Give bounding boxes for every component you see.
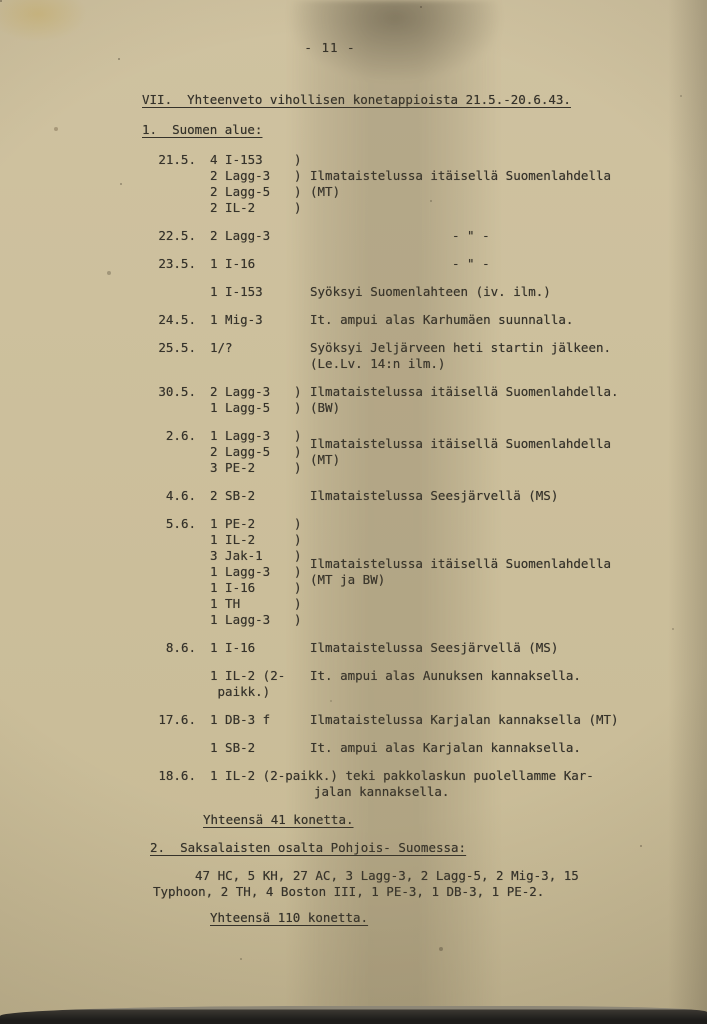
entry-note: - " - [310, 228, 490, 244]
entry-date: 30.5. [142, 384, 196, 416]
loss-table: 21.5.4 I-153)2 Lagg-3)2 Lagg-5)2 IL-2)Il… [142, 152, 687, 800]
plane-line: 1 I-153 [210, 284, 310, 300]
section-2-body: 47 HC, 5 KH, 27 AC, 3 Lagg-3, 2 Lagg-5, … [142, 868, 687, 900]
entry-note: Ilmataistelussa itäisellä Suomenlahdella… [310, 384, 619, 416]
plane-count-type: 2 Lagg-5 [210, 184, 294, 200]
plane-line: 4 I-153) [210, 152, 310, 168]
entry-planes: 1 DB-3 f [210, 712, 310, 728]
plane-count-type: 2 Lagg-3 [210, 228, 294, 244]
brace-mark: ) [294, 580, 310, 596]
plane-count-type: 1 Lagg-3 [210, 564, 294, 580]
plane-line: 2 SB-2 [210, 488, 310, 504]
section-2-total: Yhteensä 110 konetta. [210, 910, 368, 926]
entry-note-line: Ilmataistelussa itäisellä Suomenlahdella… [310, 384, 619, 400]
brace-mark: ) [294, 596, 310, 612]
plane-count-type: 1 DB-3 f [210, 712, 294, 728]
entry-note: Ilmataistelussa Karjalan kannaksella (MT… [310, 712, 619, 728]
entry-planes: 4 I-153)2 Lagg-3)2 Lagg-5)2 IL-2) [210, 152, 310, 216]
brace-mark: ) [294, 564, 310, 580]
plane-line: 1/? [210, 340, 310, 356]
entry-note: Ilmataistelussa itäisellä Suomenlahdella… [310, 168, 611, 200]
table-row: 30.5.2 Lagg-3)1 Lagg-5)Ilmataistelussa i… [142, 384, 687, 416]
entry-planes: 1/? [210, 340, 310, 372]
entry-planes: 1 I-16 [210, 640, 310, 656]
plane-line: 1 SB-2 [210, 740, 310, 756]
plane-line: 1 Lagg-3) [210, 428, 310, 444]
entry-date: 17.6. [142, 712, 196, 728]
brace-mark: ) [294, 168, 310, 184]
plane-line: paikk.) [210, 684, 310, 700]
entry-note-line: It. ampui alas Aunuksen kannaksella. [310, 668, 581, 684]
entry-date [142, 740, 196, 756]
section-2-body-line: 47 HC, 5 KH, 27 AC, 3 Lagg-3, 2 Lagg-5, … [195, 868, 687, 884]
entry-date: 8.6. [142, 640, 196, 656]
entry-note-line: Ilmataistelussa itäisellä Suomenlahdella [310, 556, 611, 572]
brace-mark: ) [294, 152, 310, 168]
entry-date [142, 668, 196, 700]
section-1-heading-text: 1. Suomen alue: [142, 122, 262, 138]
plane-line: 1 Lagg-3) [210, 564, 310, 580]
plane-line: 1 IL-2) [210, 532, 310, 548]
table-row: 22.5.2 Lagg-3- " - [142, 228, 687, 244]
document-page: - 11 - VII. Yhteenveto vihollisen koneta… [0, 0, 707, 1024]
entry-planes: 1 SB-2 [210, 740, 310, 756]
entry-date [142, 284, 196, 300]
entry-note: Syöksyi Jeljärveen heti startin jälkeen.… [310, 340, 611, 372]
entry-note: Ilmataistelussa itäisellä Suomenlahdella… [310, 436, 611, 468]
plane-line: 1 I-16 [210, 256, 310, 272]
section-2-heading-text: 2. Saksalaisten osalta Pohjois- Suomessa… [150, 840, 466, 856]
plane-count-type: 1 IL-2 [210, 532, 294, 548]
plane-count-type: 2 Lagg-5 [210, 444, 294, 460]
plane-count-type: 1 TH [210, 596, 294, 612]
brace-mark: ) [294, 184, 310, 200]
entry-date: 21.5. [142, 152, 196, 216]
plane-line: 2 Lagg-5) [210, 184, 310, 200]
plane-line: 2 Lagg-3) [210, 384, 310, 400]
entry-note-line: (BW) [310, 400, 619, 416]
plane-count-type: 1 I-16 [210, 256, 294, 272]
entry-note: Ilmataistelussa Seesjärvellä (MS) [310, 640, 558, 656]
table-row: 17.6.1 DB-3 fIlmataistelussa Karjalan ka… [142, 712, 687, 728]
brace-mark: ) [294, 612, 310, 628]
plane-line: 2 IL-2) [210, 200, 310, 216]
entry-note-line: Syöksyi Jeljärveen heti startin jälkeen. [310, 340, 611, 356]
section-2-body-line: Typhoon, 2 TH, 4 Boston III, 1 PE-3, 1 D… [153, 884, 687, 900]
plane-count-type: 1 Lagg-3 [210, 612, 294, 628]
brace-mark: ) [294, 200, 310, 216]
plane-line: 3 Jak-1) [210, 548, 310, 564]
entry-note-line: Ilmataistelussa itäisellä Suomenlahdella [310, 168, 611, 184]
brace-mark: ) [294, 444, 310, 460]
entry-note-line: (MT ja BW) [310, 572, 611, 588]
plane-count-type: paikk.) [210, 684, 294, 700]
plane-count-type: 1/? [210, 340, 294, 356]
table-row: 24.5.1 Mig-3It. ampui alas Karhumäen suu… [142, 312, 687, 328]
entry-planes: 2 Lagg-3 [210, 228, 310, 244]
table-row: 1 I-153Syöksyi Suomenlahteen (iv. ilm.) [142, 284, 687, 300]
section-1-total: Yhteensä 41 konetta. [203, 812, 354, 828]
plane-count-type: 1 I-153 [210, 284, 294, 300]
entry-planes: 2 Lagg-3)1 Lagg-5) [210, 384, 310, 416]
table-row: 1 IL-2 (2- paikk.)It. ampui alas Aunukse… [142, 668, 687, 700]
plane-count-type: 2 Lagg-3 [210, 168, 294, 184]
plane-line: 1 I-16) [210, 580, 310, 596]
entry-note: It. ampui alas Karhumäen suunnalla. [310, 312, 573, 328]
plane-count-type: 2 Lagg-3 [210, 384, 294, 400]
entry-note-line: - " - [452, 256, 490, 272]
entry-note: Syöksyi Suomenlahteen (iv. ilm.) [310, 284, 551, 300]
entry-note-line: Ilmataistelussa Seesjärvellä (MS) [310, 488, 558, 504]
section-vii-heading: VII. Yhteenveto vihollisen konetappioist… [142, 92, 687, 108]
plane-count-type: 4 I-153 [210, 152, 294, 168]
plane-line: 1 IL-2 (2- [210, 668, 310, 684]
plane-line: 3 PE-2) [210, 460, 310, 476]
table-row: 5.6.1 PE-2)1 IL-2)3 Jak-1)1 Lagg-3)1 I-1… [142, 516, 687, 628]
entry-date: 25.5. [142, 340, 196, 372]
entry-text: 1 IL-2 (2-paikk.) teki pakkolaskun puole… [210, 768, 594, 800]
entry-note: It. ampui alas Aunuksen kannaksella. [310, 668, 581, 700]
entry-note-line: It. ampui alas Karhumäen suunnalla. [310, 312, 573, 328]
entry-note-line: - " - [452, 228, 490, 244]
plane-line: 1 I-16 [210, 640, 310, 656]
brace-mark: ) [294, 516, 310, 532]
plane-count-type: 1 PE-2 [210, 516, 294, 532]
plane-line: 2 Lagg-3 [210, 228, 310, 244]
entry-date: 18.6. [142, 768, 196, 800]
table-row: 23.5.1 I-16- " - [142, 256, 687, 272]
entry-note-line: Ilmataistelussa Karjalan kannaksella (MT… [310, 712, 619, 728]
brace-mark: ) [294, 532, 310, 548]
plane-line: 1 TH) [210, 596, 310, 612]
entry-date: 4.6. [142, 488, 196, 504]
document-photo: - 11 - VII. Yhteenveto vihollisen koneta… [0, 0, 707, 1024]
entry-note-line: (MT) [310, 184, 611, 200]
page-number: - 11 - [300, 40, 360, 56]
plane-line: 1 PE-2) [210, 516, 310, 532]
brace-mark: ) [294, 400, 310, 416]
plane-count-type: 1 I-16 [210, 640, 294, 656]
plane-line: 2 Lagg-3) [210, 168, 310, 184]
entry-planes: 1 PE-2)1 IL-2)3 Jak-1)1 Lagg-3)1 I-16)1 … [210, 516, 310, 628]
entry-note: - " - [310, 256, 490, 272]
entry-date: 24.5. [142, 312, 196, 328]
entry-note-line: Syöksyi Suomenlahteen (iv. ilm.) [310, 284, 551, 300]
entry-note-line: Ilmataistelussa Seesjärvellä (MS) [310, 640, 558, 656]
section-vii-heading-text: VII. Yhteenveto vihollisen konetappioist… [142, 92, 571, 108]
table-row: 4.6.2 SB-2Ilmataistelussa Seesjärvellä (… [142, 488, 687, 504]
brace-mark: ) [294, 460, 310, 476]
table-row: 8.6.1 I-16Ilmataistelussa Seesjärvellä (… [142, 640, 687, 656]
plane-line: 1 DB-3 f [210, 712, 310, 728]
entry-date: 5.6. [142, 516, 196, 628]
entry-note: It. ampui alas Karjalan kannaksella. [310, 740, 581, 756]
plane-count-type: 1 I-16 [210, 580, 294, 596]
entry-text-line: 1 IL-2 (2-paikk.) teki pakkolaskun puole… [210, 768, 594, 784]
entry-planes: 1 Lagg-3)2 Lagg-5)3 PE-2) [210, 428, 310, 476]
table-row: 21.5.4 I-153)2 Lagg-3)2 Lagg-5)2 IL-2)Il… [142, 152, 687, 216]
plane-line: 2 Lagg-5) [210, 444, 310, 460]
plane-line: 1 Mig-3 [210, 312, 310, 328]
entry-note: Ilmataistelussa itäisellä Suomenlahdella… [310, 556, 611, 588]
table-row: 18.6.1 IL-2 (2-paikk.) teki pakkolaskun … [142, 768, 687, 800]
entry-text-line: jalan kannaksella. [314, 784, 594, 800]
entry-note-line: (MT) [310, 452, 611, 468]
entry-planes: 1 I-16 [210, 256, 310, 272]
plane-count-type: 2 SB-2 [210, 488, 294, 504]
entry-planes: 2 SB-2 [210, 488, 310, 504]
plane-count-type: 1 Lagg-3 [210, 428, 294, 444]
entry-planes: 1 Mig-3 [210, 312, 310, 328]
brace-mark: ) [294, 428, 310, 444]
plane-count-type: 1 IL-2 (2- [210, 668, 294, 684]
table-row: 2.6.1 Lagg-3)2 Lagg-5)3 PE-2)Ilmataistel… [142, 428, 687, 476]
plane-count-type: 1 Lagg-5 [210, 400, 294, 416]
plane-count-type: 2 IL-2 [210, 200, 294, 216]
entry-date: 23.5. [142, 256, 196, 272]
plane-count-type: 1 SB-2 [210, 740, 294, 756]
brace-mark: ) [294, 384, 310, 400]
plane-line: 1 Lagg-5) [210, 400, 310, 416]
entry-note-line: (Le.Lv. 14:n ilm.) [310, 356, 611, 372]
entry-note-line: It. ampui alas Karjalan kannaksella. [310, 740, 581, 756]
entry-note: Ilmataistelussa Seesjärvellä (MS) [310, 488, 558, 504]
plane-count-type: 3 Jak-1 [210, 548, 294, 564]
section-2-heading: 2. Saksalaisten osalta Pohjois- Suomessa… [142, 840, 687, 856]
entry-note-line: Ilmataistelussa itäisellä Suomenlahdella [310, 436, 611, 452]
table-row: 25.5.1/?Syöksyi Jeljärveen heti startin … [142, 340, 687, 372]
plane-count-type: 1 Mig-3 [210, 312, 294, 328]
plane-line: 1 Lagg-3) [210, 612, 310, 628]
entry-planes: 1 IL-2 (2- paikk.) [210, 668, 310, 700]
brace-mark: ) [294, 548, 310, 564]
section-1-heading: 1. Suomen alue: [142, 122, 687, 138]
entry-planes: 1 I-153 [210, 284, 310, 300]
entry-date: 2.6. [142, 428, 196, 476]
plane-count-type: 3 PE-2 [210, 460, 294, 476]
table-row: 1 SB-2It. ampui alas Karjalan kannaksell… [142, 740, 687, 756]
entry-date: 22.5. [142, 228, 196, 244]
